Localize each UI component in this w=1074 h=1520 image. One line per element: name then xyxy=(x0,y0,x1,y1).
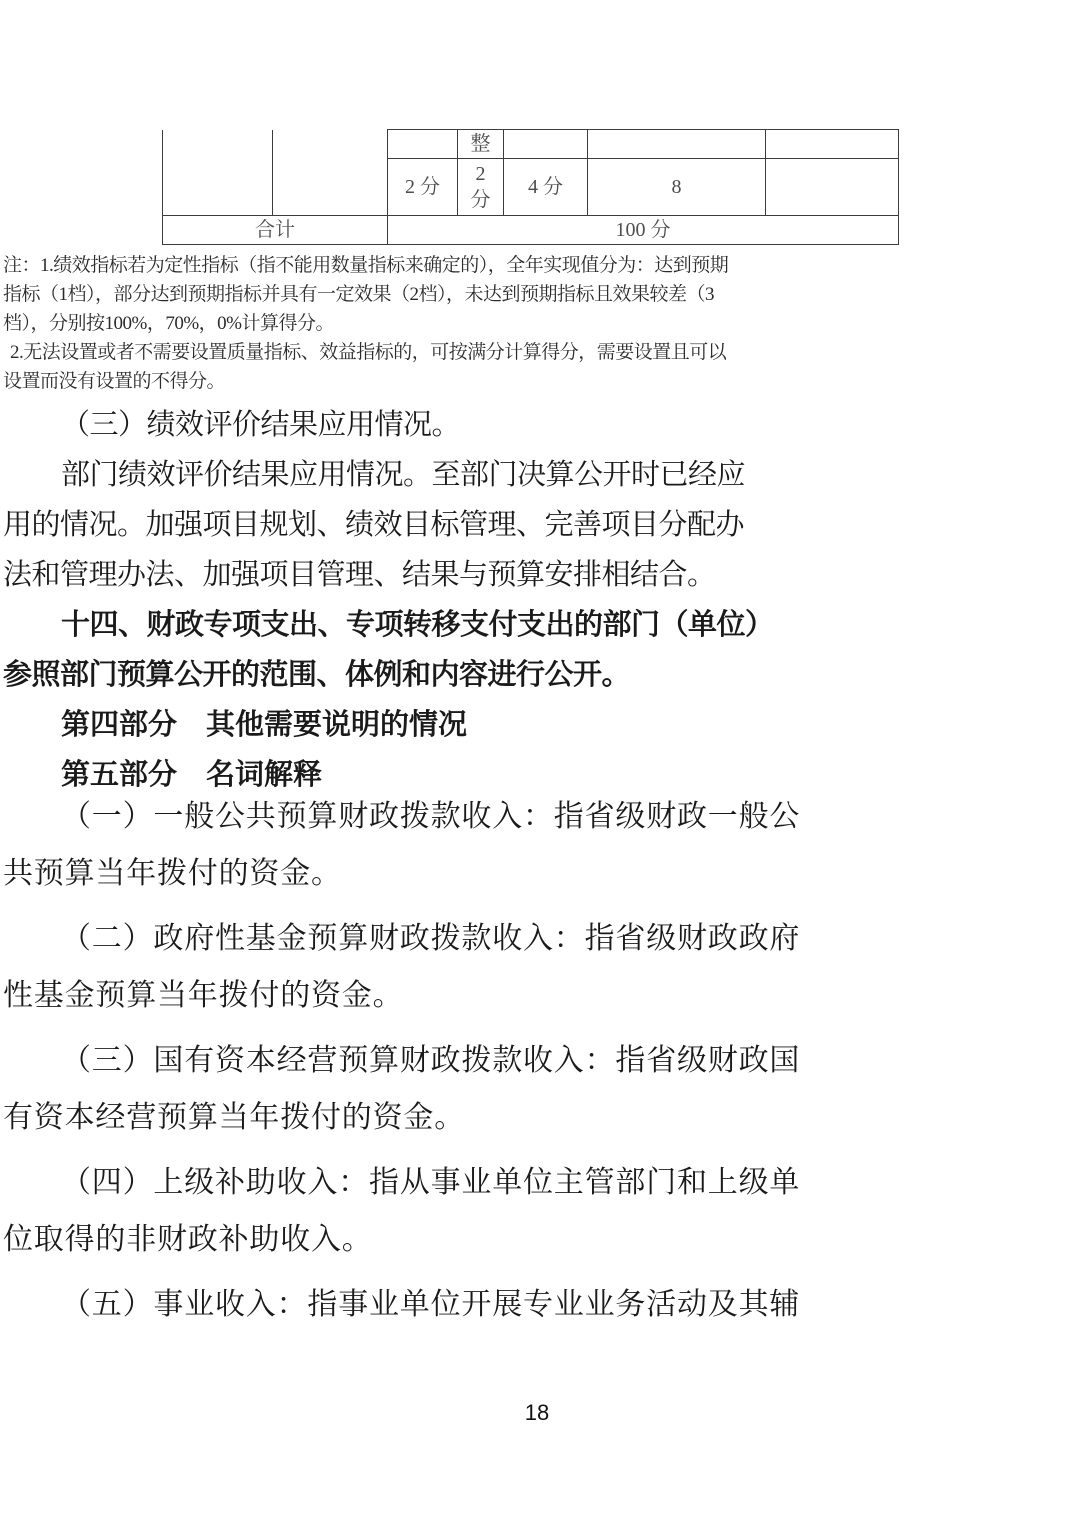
paragraph-line: 用的情况。加强项目规划、绩效目标管理、完善项目分配办 xyxy=(3,500,748,550)
note-line: 档），分别按100%，70%，0%计算得分。 xyxy=(3,309,751,338)
glossary-term: （五）事业收入：指事业单位开展专业业务活动及其辅 xyxy=(3,1276,751,1333)
table-cell-total-label: 合计 xyxy=(163,216,388,245)
term-line: 有资本经营预算当年拨付的资金。 xyxy=(3,1089,751,1146)
table-cell-total-value: 100 分 xyxy=(388,216,899,245)
term-line: 性基金预算当年拨付的资金。 xyxy=(3,967,751,1024)
part4-heading: 第四部分 其他需要说明的情况 xyxy=(3,700,748,750)
document-page: 整 2 分 2 分 4 分 8 合计 100 分 注：1.绩效指标若为定性指标（… xyxy=(0,0,1074,1520)
note-line: 2.无法设置或者不需要设置质量指标、效益指标的，可按满分计算得分，需要设置且可以 xyxy=(3,338,751,367)
table-cell-empty xyxy=(388,130,458,159)
table-cell-empty-col1 xyxy=(163,130,273,216)
term-line: （三）国有资本经营预算财政拨款收入：指省级财政国 xyxy=(3,1032,751,1089)
term-line: 位取得的非财政补助收入。 xyxy=(3,1211,751,1268)
table-cell-partial-word: 整 xyxy=(458,130,504,159)
glossary-term: （四）上级补助收入：指从事业单位主管部门和上级单 位取得的非财政补助收入。 xyxy=(3,1154,751,1268)
table-cell-empty-col2 xyxy=(273,130,388,216)
table-cell-score: 4 分 xyxy=(504,159,588,216)
table-cell-empty xyxy=(766,159,899,216)
table-cell-empty xyxy=(766,130,899,159)
table-cell-score: 2 分 xyxy=(388,159,458,216)
table-row-total: 合计 100 分 xyxy=(163,216,899,245)
table-cell-score: 2 分 xyxy=(458,159,504,216)
term-line: （一）一般公共预算财政拨款收入：指省级财政一般公 xyxy=(3,788,751,845)
table-cell-empty xyxy=(588,130,766,159)
paragraph-line: 法和管理办法、加强项目管理、结果与预算安排相结合。 xyxy=(3,550,748,600)
body-section-evaluation: （三）绩效评价结果应用情况。 部门绩效评价结果应用情况。至部门决算公开时已经应 … xyxy=(3,400,748,800)
note-line: 指标（1档），部分达到预期指标并具有一定效果（2档），未达到预期指标且效果较差（… xyxy=(3,280,751,309)
term-line: （二）政府性基金预算财政拨款收入：指省级财政政府 xyxy=(3,910,751,967)
section3-title: （三）绩效评价结果应用情况。 xyxy=(3,400,748,450)
glossary-section: （一）一般公共预算财政拨款收入：指省级财政一般公 共预算当年拨付的资金。 （二）… xyxy=(3,788,751,1333)
table-notes: 注：1.绩效指标若为定性指标（指不能用数量指标来确定的），全年实现值分为：达到预… xyxy=(3,251,751,396)
term-line: （四）上级补助收入：指从事业单位主管部门和上级单 xyxy=(3,1154,751,1211)
table-cell-empty xyxy=(504,130,588,159)
glossary-term: （一）一般公共预算财政拨款收入：指省级财政一般公 共预算当年拨付的资金。 xyxy=(3,788,751,902)
table-cell-score: 8 xyxy=(588,159,766,216)
table-row-partial: 整 xyxy=(163,130,899,159)
term-line: （五）事业收入：指事业单位开展专业业务活动及其辅 xyxy=(3,1276,751,1333)
note-line: 注：1.绩效指标若为定性指标（指不能用数量指标来确定的），全年实现值分为：达到预… xyxy=(3,251,751,280)
glossary-term: （二）政府性基金预算财政拨款收入：指省级财政政府 性基金预算当年拨付的资金。 xyxy=(3,910,751,1024)
score-table: 整 2 分 2 分 4 分 8 合计 100 分 xyxy=(162,129,899,245)
note-line: 设置而没有设置的不得分。 xyxy=(3,367,751,396)
term-line: 共预算当年拨付的资金。 xyxy=(3,845,751,902)
paragraph-line: 部门绩效评价结果应用情况。至部门决算公开时已经应 xyxy=(3,450,748,500)
glossary-term: （三）国有资本经营预算财政拨款收入：指省级财政国 有资本经营预算当年拨付的资金。 xyxy=(3,1032,751,1146)
page-number: 18 xyxy=(0,1400,1074,1426)
item14-paragraph-line: 参照部门预算公开的范围、体例和内容进行公开。 xyxy=(3,650,748,700)
item14-paragraph-line: 十四、财政专项支出、专项转移支付支出的部门（单位） xyxy=(3,600,748,650)
